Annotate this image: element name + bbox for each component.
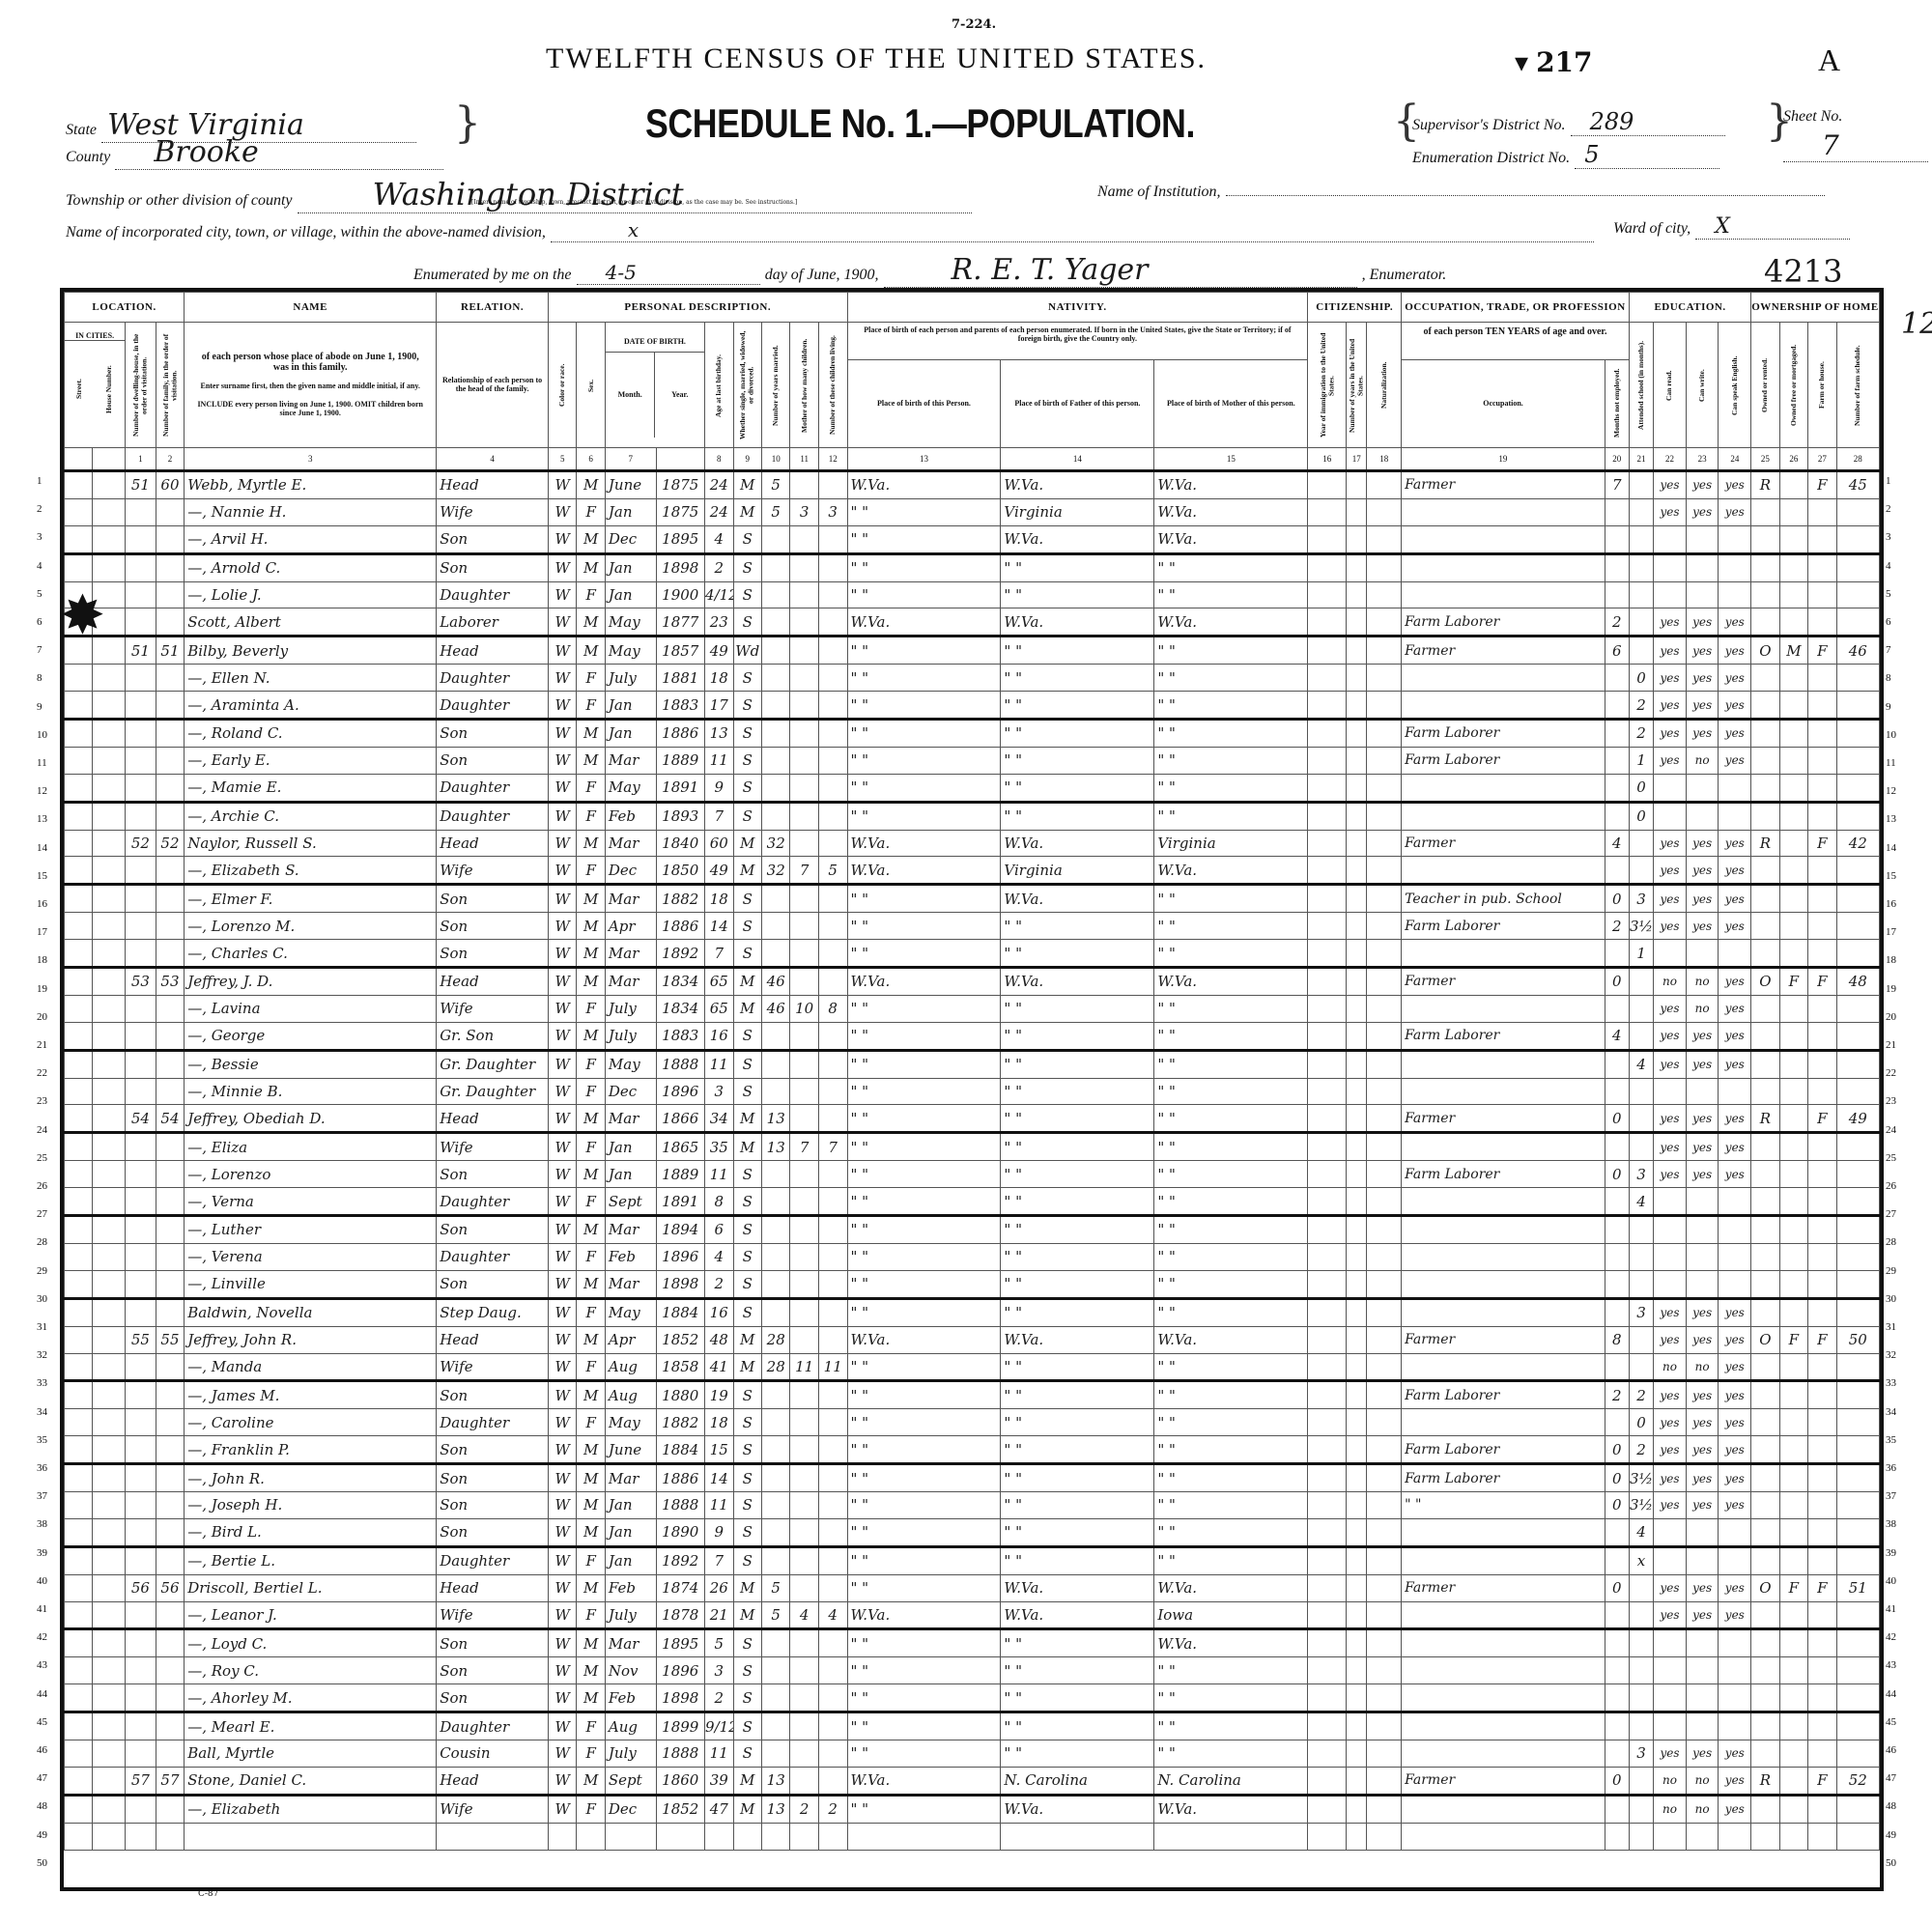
farm-or-house	[1808, 498, 1836, 525]
age: 7	[705, 940, 733, 968]
birth-year: 1886	[656, 1464, 705, 1492]
years-in-us	[1347, 1353, 1367, 1381]
years-in-us	[1347, 471, 1367, 499]
family-number	[156, 553, 185, 581]
can-speak-english: yes	[1719, 1353, 1751, 1381]
house-number-cell	[93, 1078, 126, 1105]
row-number-left: 17	[37, 926, 47, 938]
children-living	[818, 553, 847, 581]
house-number-cell	[93, 1353, 126, 1381]
owned-or-rented	[1751, 1298, 1779, 1326]
family-number	[156, 885, 185, 913]
color-race: W	[548, 665, 576, 692]
can-speak-english: yes	[1719, 830, 1751, 857]
family-number	[156, 1022, 185, 1050]
sex: M	[577, 913, 605, 940]
house-number-cell	[93, 1133, 126, 1161]
house-number-cell	[93, 1298, 126, 1326]
birthplace-person: " "	[847, 1464, 1001, 1492]
naturalization	[1367, 1464, 1402, 1492]
family-number	[156, 1518, 185, 1546]
table-row	[65, 1823, 1880, 1850]
color-race: W	[548, 1518, 576, 1546]
mother-of-children	[790, 1161, 818, 1188]
children-living	[818, 1022, 847, 1050]
column-number	[93, 448, 126, 471]
street-cell	[65, 1601, 93, 1629]
birthplace-mother: " "	[1154, 1216, 1308, 1244]
farm-schedule-number	[1836, 665, 1879, 692]
age: 16	[705, 1298, 733, 1326]
birthplace-person: " "	[847, 1381, 1001, 1409]
marital-status: M	[733, 830, 761, 857]
farm-schedule-number	[1836, 1353, 1879, 1381]
owned-free-or-mortgaged	[1779, 1216, 1807, 1244]
immigration-year	[1308, 525, 1347, 553]
birthplace-person: " "	[847, 1270, 1001, 1298]
sex-header: Sex.	[577, 323, 605, 448]
ward-label: Ward of city,	[1613, 220, 1690, 237]
occupation: Farm Laborer	[1402, 1464, 1605, 1492]
person-name: —, Roland C.	[185, 720, 437, 748]
row-number: 23	[1886, 1095, 1896, 1107]
row-number-left: 11	[37, 757, 47, 769]
birthplace-mother: " "	[1154, 1270, 1308, 1298]
stamp-number: 4213	[1764, 253, 1842, 290]
can-write: yes	[1686, 692, 1719, 720]
supervisor-field: Supervisor's District No. 289	[1412, 108, 1725, 136]
mother-of-children	[790, 1712, 818, 1740]
color-race: W	[548, 1740, 576, 1767]
children-living	[818, 968, 847, 996]
relation: Wife	[437, 1795, 549, 1823]
marital-status: S	[733, 1409, 761, 1436]
relation: Son	[437, 747, 549, 774]
birth-year: 1888	[656, 1740, 705, 1767]
relation: Daughter	[437, 581, 549, 608]
attended-school-header: Attended school (in months).	[1629, 323, 1653, 448]
mother-of-children	[790, 968, 818, 996]
owned-free-or-mortgaged	[1779, 1022, 1807, 1050]
months-unemployed	[1605, 1823, 1629, 1850]
row-number-left: 19	[37, 983, 47, 995]
birthplace-mother: " "	[1154, 802, 1308, 830]
years-married	[761, 1270, 789, 1298]
owned-or-rented	[1751, 1795, 1779, 1823]
farm-schedule-number	[1836, 1270, 1879, 1298]
age: 4/12	[705, 581, 733, 608]
person-name: —, George	[185, 1022, 437, 1050]
immigration-year	[1308, 1795, 1347, 1823]
naturalization	[1367, 774, 1402, 802]
birthplace-father: " "	[1001, 1243, 1154, 1270]
farm-or-house	[1808, 692, 1836, 720]
years-married	[761, 774, 789, 802]
farm-or-house	[1808, 1298, 1836, 1326]
naturalization	[1367, 1105, 1402, 1133]
can-write	[1686, 1216, 1719, 1244]
birth-year: 1890	[656, 1518, 705, 1546]
column-number: 18	[1367, 448, 1402, 471]
column-number: 14	[1001, 448, 1154, 471]
family-number	[156, 1381, 185, 1409]
table-row: —, Charles C.SonWMMar18927S" "" "" "1	[65, 940, 1880, 968]
color-race: W	[548, 1546, 576, 1574]
street-cell	[65, 1712, 93, 1740]
attended-school: 4	[1629, 1188, 1653, 1216]
months-unemployed: 0	[1605, 1161, 1629, 1188]
birth-year: 1882	[656, 885, 705, 913]
years-in-us	[1347, 665, 1367, 692]
immigration-year	[1308, 1188, 1347, 1216]
street-cell	[65, 940, 93, 968]
color-race: W	[548, 1629, 576, 1657]
can-read: yes	[1654, 830, 1687, 857]
can-write	[1686, 1546, 1719, 1574]
birthplace-father: " "	[1001, 1353, 1154, 1381]
table-row: —, Elizabeth S.WifeWFDec185049M3275W.Va.…	[65, 857, 1880, 885]
family-number	[156, 1270, 185, 1298]
years-in-us	[1347, 1823, 1367, 1850]
marital-status: M	[733, 1326, 761, 1353]
occupation: Farmer	[1402, 1767, 1605, 1795]
dwelling-number	[126, 608, 156, 637]
birthplace-father: " "	[1001, 774, 1154, 802]
years-in-us	[1347, 1188, 1367, 1216]
owned-free-or-mortgaged	[1779, 608, 1807, 637]
row-number: 20	[1886, 1011, 1896, 1023]
months-unemployed	[1605, 995, 1629, 1022]
dwelling-number	[126, 885, 156, 913]
sex: M	[577, 1464, 605, 1492]
can-read: yes	[1654, 1022, 1687, 1050]
birth-year: 1886	[656, 720, 705, 748]
birth-month: Dec	[605, 1078, 656, 1105]
attended-school	[1629, 1022, 1653, 1050]
months-unemployed	[1605, 498, 1629, 525]
birth-year: 1858	[656, 1353, 705, 1381]
relation: Head	[437, 637, 549, 665]
years-married	[761, 692, 789, 720]
owned-free-or-mortgaged	[1779, 553, 1807, 581]
birthplace-person: " "	[847, 913, 1001, 940]
dwelling-number	[126, 553, 156, 581]
street-cell	[65, 885, 93, 913]
house-number-cell	[93, 1767, 126, 1795]
house-number-cell	[93, 692, 126, 720]
years-married	[761, 1684, 789, 1712]
farm-schedule-number	[1836, 581, 1879, 608]
farm-schedule-number: 50	[1836, 1326, 1879, 1353]
naturalization	[1367, 1078, 1402, 1105]
marital-status: S	[733, 885, 761, 913]
row-number: 41	[1886, 1603, 1896, 1615]
months-unemployed: 4	[1605, 830, 1629, 857]
person-name: Webb, Myrtle E.	[185, 471, 437, 499]
occupation: Farm Laborer	[1402, 720, 1605, 748]
table-row: 5353Jeffrey, J. D.HeadWMMar183465M46W.Va…	[65, 968, 1880, 996]
immigration-year	[1308, 1105, 1347, 1133]
person-name: Naylor, Russell S.	[185, 830, 437, 857]
birth-year: 1891	[656, 774, 705, 802]
owned-free-or-mortgaged	[1779, 913, 1807, 940]
farm-or-house: F	[1808, 1574, 1836, 1601]
occupation	[1402, 1078, 1605, 1105]
can-speak-english: yes	[1719, 1767, 1751, 1795]
mother-of-children	[790, 720, 818, 748]
marital-status: S	[733, 1712, 761, 1740]
birthplace-person: " "	[847, 525, 1001, 553]
immigration-year	[1308, 1518, 1347, 1546]
months-unemployed	[1605, 1518, 1629, 1546]
birthplace-person: " "	[847, 637, 1001, 665]
attended-school: 2	[1629, 692, 1653, 720]
birth-month: July	[605, 1740, 656, 1767]
sex: F	[577, 995, 605, 1022]
attended-school: 1	[1629, 747, 1653, 774]
immigration-year	[1308, 774, 1347, 802]
color-race: W	[548, 857, 576, 885]
row-number-left: 36	[37, 1462, 47, 1474]
children-living	[818, 1298, 847, 1326]
farm-schedule-number: 46	[1836, 637, 1879, 665]
years-married: 5	[761, 471, 789, 499]
color-race	[548, 1823, 576, 1850]
children-living: 7	[818, 1133, 847, 1161]
birthplace-father: " "	[1001, 665, 1154, 692]
dwelling-number	[126, 1381, 156, 1409]
can-write: yes	[1686, 608, 1719, 637]
institution-field: Name of Institution,	[1097, 182, 1825, 201]
dwelling-number	[126, 1491, 156, 1518]
years-married: 5	[761, 1601, 789, 1629]
person-name: —, Elizabeth	[185, 1795, 437, 1823]
months-unemployed: 2	[1605, 608, 1629, 637]
street-cell	[65, 1381, 93, 1409]
years-in-us	[1347, 857, 1367, 885]
birth-month: May	[605, 1409, 656, 1436]
family-number: 55	[156, 1326, 185, 1353]
house-number-cell	[93, 498, 126, 525]
children-living: 3	[818, 498, 847, 525]
table-row: 5656Driscoll, Bertiel L.HeadWMFeb187426M…	[65, 1574, 1880, 1601]
owned-or-rented: R	[1751, 830, 1779, 857]
attended-school: 4	[1629, 1518, 1653, 1546]
attended-school	[1629, 1795, 1653, 1823]
birth-year: 1878	[656, 1601, 705, 1629]
birthplace-father: " "	[1001, 995, 1154, 1022]
can-write: no	[1686, 995, 1719, 1022]
sex: F	[577, 581, 605, 608]
color-race: W	[548, 1712, 576, 1740]
occupation	[1402, 1546, 1605, 1574]
row-number-left: 23	[37, 1095, 47, 1107]
immigration-year	[1308, 1022, 1347, 1050]
immigration-year	[1308, 1353, 1347, 1381]
can-write	[1686, 553, 1719, 581]
can-read: yes	[1654, 747, 1687, 774]
mother-of-children	[790, 1546, 818, 1574]
mother-of-children	[790, 1050, 818, 1078]
house-number-cell	[93, 525, 126, 553]
years-married: 5	[761, 1574, 789, 1601]
column-number: 6	[577, 448, 605, 471]
farm-schedule-number	[1836, 553, 1879, 581]
can-write: yes	[1686, 1381, 1719, 1409]
owned-free-or-mortgaged	[1779, 1270, 1807, 1298]
owned-free-or-mortgaged	[1779, 1409, 1807, 1436]
house-number-cell	[93, 1105, 126, 1133]
can-write	[1686, 525, 1719, 553]
months-unemployed	[1605, 1243, 1629, 1270]
house-number-cell	[93, 1712, 126, 1740]
mother-of-children	[790, 1436, 818, 1464]
birth-month: Jan	[605, 692, 656, 720]
birthplace-mother: " "	[1154, 1684, 1308, 1712]
mother-of-children	[790, 525, 818, 553]
can-speak-english: yes	[1719, 1601, 1751, 1629]
can-speak-english: yes	[1719, 1464, 1751, 1492]
row-number-left: 2	[37, 503, 43, 515]
farm-schedule-number: 52	[1836, 1767, 1879, 1795]
farm-schedule-number	[1836, 1684, 1879, 1712]
years-in-us	[1347, 1022, 1367, 1050]
column-number: 28	[1836, 448, 1879, 471]
birthplace-father: " "	[1001, 940, 1154, 968]
birthplace-father: " "	[1001, 1270, 1154, 1298]
months-unemployed	[1605, 1684, 1629, 1712]
person-name: —, Mamie E.	[185, 774, 437, 802]
attended-school	[1629, 1684, 1653, 1712]
naturalization	[1367, 1243, 1402, 1270]
street-cell	[65, 1795, 93, 1823]
farm-schedule-header: Number of farm schedule.	[1836, 323, 1879, 448]
relation: Daughter	[437, 1188, 549, 1216]
can-write: yes	[1686, 857, 1719, 885]
birthplace-person: " "	[847, 1436, 1001, 1464]
farm-schedule-number: 48	[1836, 968, 1879, 996]
birth-month: Mar	[605, 968, 656, 996]
row-number-left: 33	[37, 1377, 47, 1389]
owned-or-rented	[1751, 498, 1779, 525]
enumerator-signature: R. E. T. Yager	[884, 253, 1357, 288]
children-living	[818, 581, 847, 608]
children-living	[818, 885, 847, 913]
can-speak-english	[1719, 1546, 1751, 1574]
relation: Son	[437, 720, 549, 748]
farm-or-house	[1808, 1188, 1836, 1216]
birthplace-father: " "	[1001, 1657, 1154, 1684]
occupation	[1402, 498, 1605, 525]
owned-free-or-mortgaged	[1779, 1188, 1807, 1216]
occupation: Teacher in pub. School	[1402, 885, 1605, 913]
owned-free-or-mortgaged	[1779, 1546, 1807, 1574]
enumeration-value: 5	[1575, 141, 1719, 169]
relation: Cousin	[437, 1740, 549, 1767]
birthplace-person: " "	[847, 1684, 1001, 1712]
owned-or-rented	[1751, 1353, 1779, 1381]
years-in-us	[1347, 1161, 1367, 1188]
years-in-us	[1347, 802, 1367, 830]
row-number-left: 30	[37, 1293, 47, 1305]
can-write	[1686, 1629, 1719, 1657]
person-name: —, Loyd C.	[185, 1629, 437, 1657]
owned-free-or-mortgaged	[1779, 1767, 1807, 1795]
house-number-cell	[93, 1657, 126, 1684]
birthplace-person: " "	[847, 1518, 1001, 1546]
table-row: —, Minnie B.Gr. DaughterWFDec18963S" "" …	[65, 1078, 1880, 1105]
birthplace-mother: W.Va.	[1154, 525, 1308, 553]
years-in-us	[1347, 774, 1367, 802]
owned-or-rented: O	[1751, 968, 1779, 996]
enumerated-label-post: day of June, 1900,	[765, 267, 879, 283]
naturalization	[1367, 498, 1402, 525]
birthplace-mother: N. Carolina	[1154, 1767, 1308, 1795]
family-number	[156, 1712, 185, 1740]
farm-or-house	[1808, 1133, 1836, 1161]
table-row: —, Lorenzo M.SonWMApr188614S" "" "" "Far…	[65, 913, 1880, 940]
row-number: 35	[1886, 1434, 1896, 1446]
dwelling-number	[126, 1270, 156, 1298]
row-number-left: 35	[37, 1434, 47, 1446]
children-living	[818, 525, 847, 553]
can-read: yes	[1654, 1298, 1687, 1326]
attended-school	[1629, 1767, 1653, 1795]
sex: F	[577, 1353, 605, 1381]
years-in-us	[1347, 1105, 1367, 1133]
owned-free-or-mortgaged	[1779, 802, 1807, 830]
dwelling-number	[126, 1298, 156, 1326]
attended-school	[1629, 1105, 1653, 1133]
years-married	[761, 1464, 789, 1492]
sex: M	[577, 471, 605, 499]
color-race: W	[548, 1684, 576, 1712]
marital-status: M	[733, 857, 761, 885]
can-write	[1686, 1243, 1719, 1270]
relation: Gr. Daughter	[437, 1078, 549, 1105]
naturalization	[1367, 1298, 1402, 1326]
mother-of-children	[790, 1657, 818, 1684]
immigration-year	[1308, 608, 1347, 637]
birthplace-person: " "	[847, 747, 1001, 774]
mother-of-children	[790, 1629, 818, 1657]
occupation	[1402, 1133, 1605, 1161]
attended-school: 3	[1629, 1298, 1653, 1326]
naturalization	[1367, 1574, 1402, 1601]
mother-of-children	[790, 1409, 818, 1436]
attended-school	[1629, 1270, 1653, 1298]
naturalization	[1367, 1050, 1402, 1078]
farm-or-house	[1808, 1078, 1836, 1105]
farm-or-house	[1808, 1629, 1836, 1657]
farm-schedule-number	[1836, 995, 1879, 1022]
age: 26	[705, 1574, 733, 1601]
naturalization	[1367, 1409, 1402, 1436]
row-number: 26	[1886, 1180, 1896, 1192]
sex: F	[577, 1409, 605, 1436]
street-cell	[65, 1216, 93, 1244]
birth-month: Dec	[605, 525, 656, 553]
street-cell	[65, 1105, 93, 1133]
row-number-left: 34	[37, 1406, 47, 1418]
can-write: no	[1686, 747, 1719, 774]
birthplace-person: " "	[847, 581, 1001, 608]
months-unemployed	[1605, 747, 1629, 774]
ward-field: Ward of city, X	[1613, 214, 1850, 240]
person-name: Jeffrey, John R.	[185, 1326, 437, 1353]
sex: M	[577, 1270, 605, 1298]
column-number: 22	[1654, 448, 1687, 471]
